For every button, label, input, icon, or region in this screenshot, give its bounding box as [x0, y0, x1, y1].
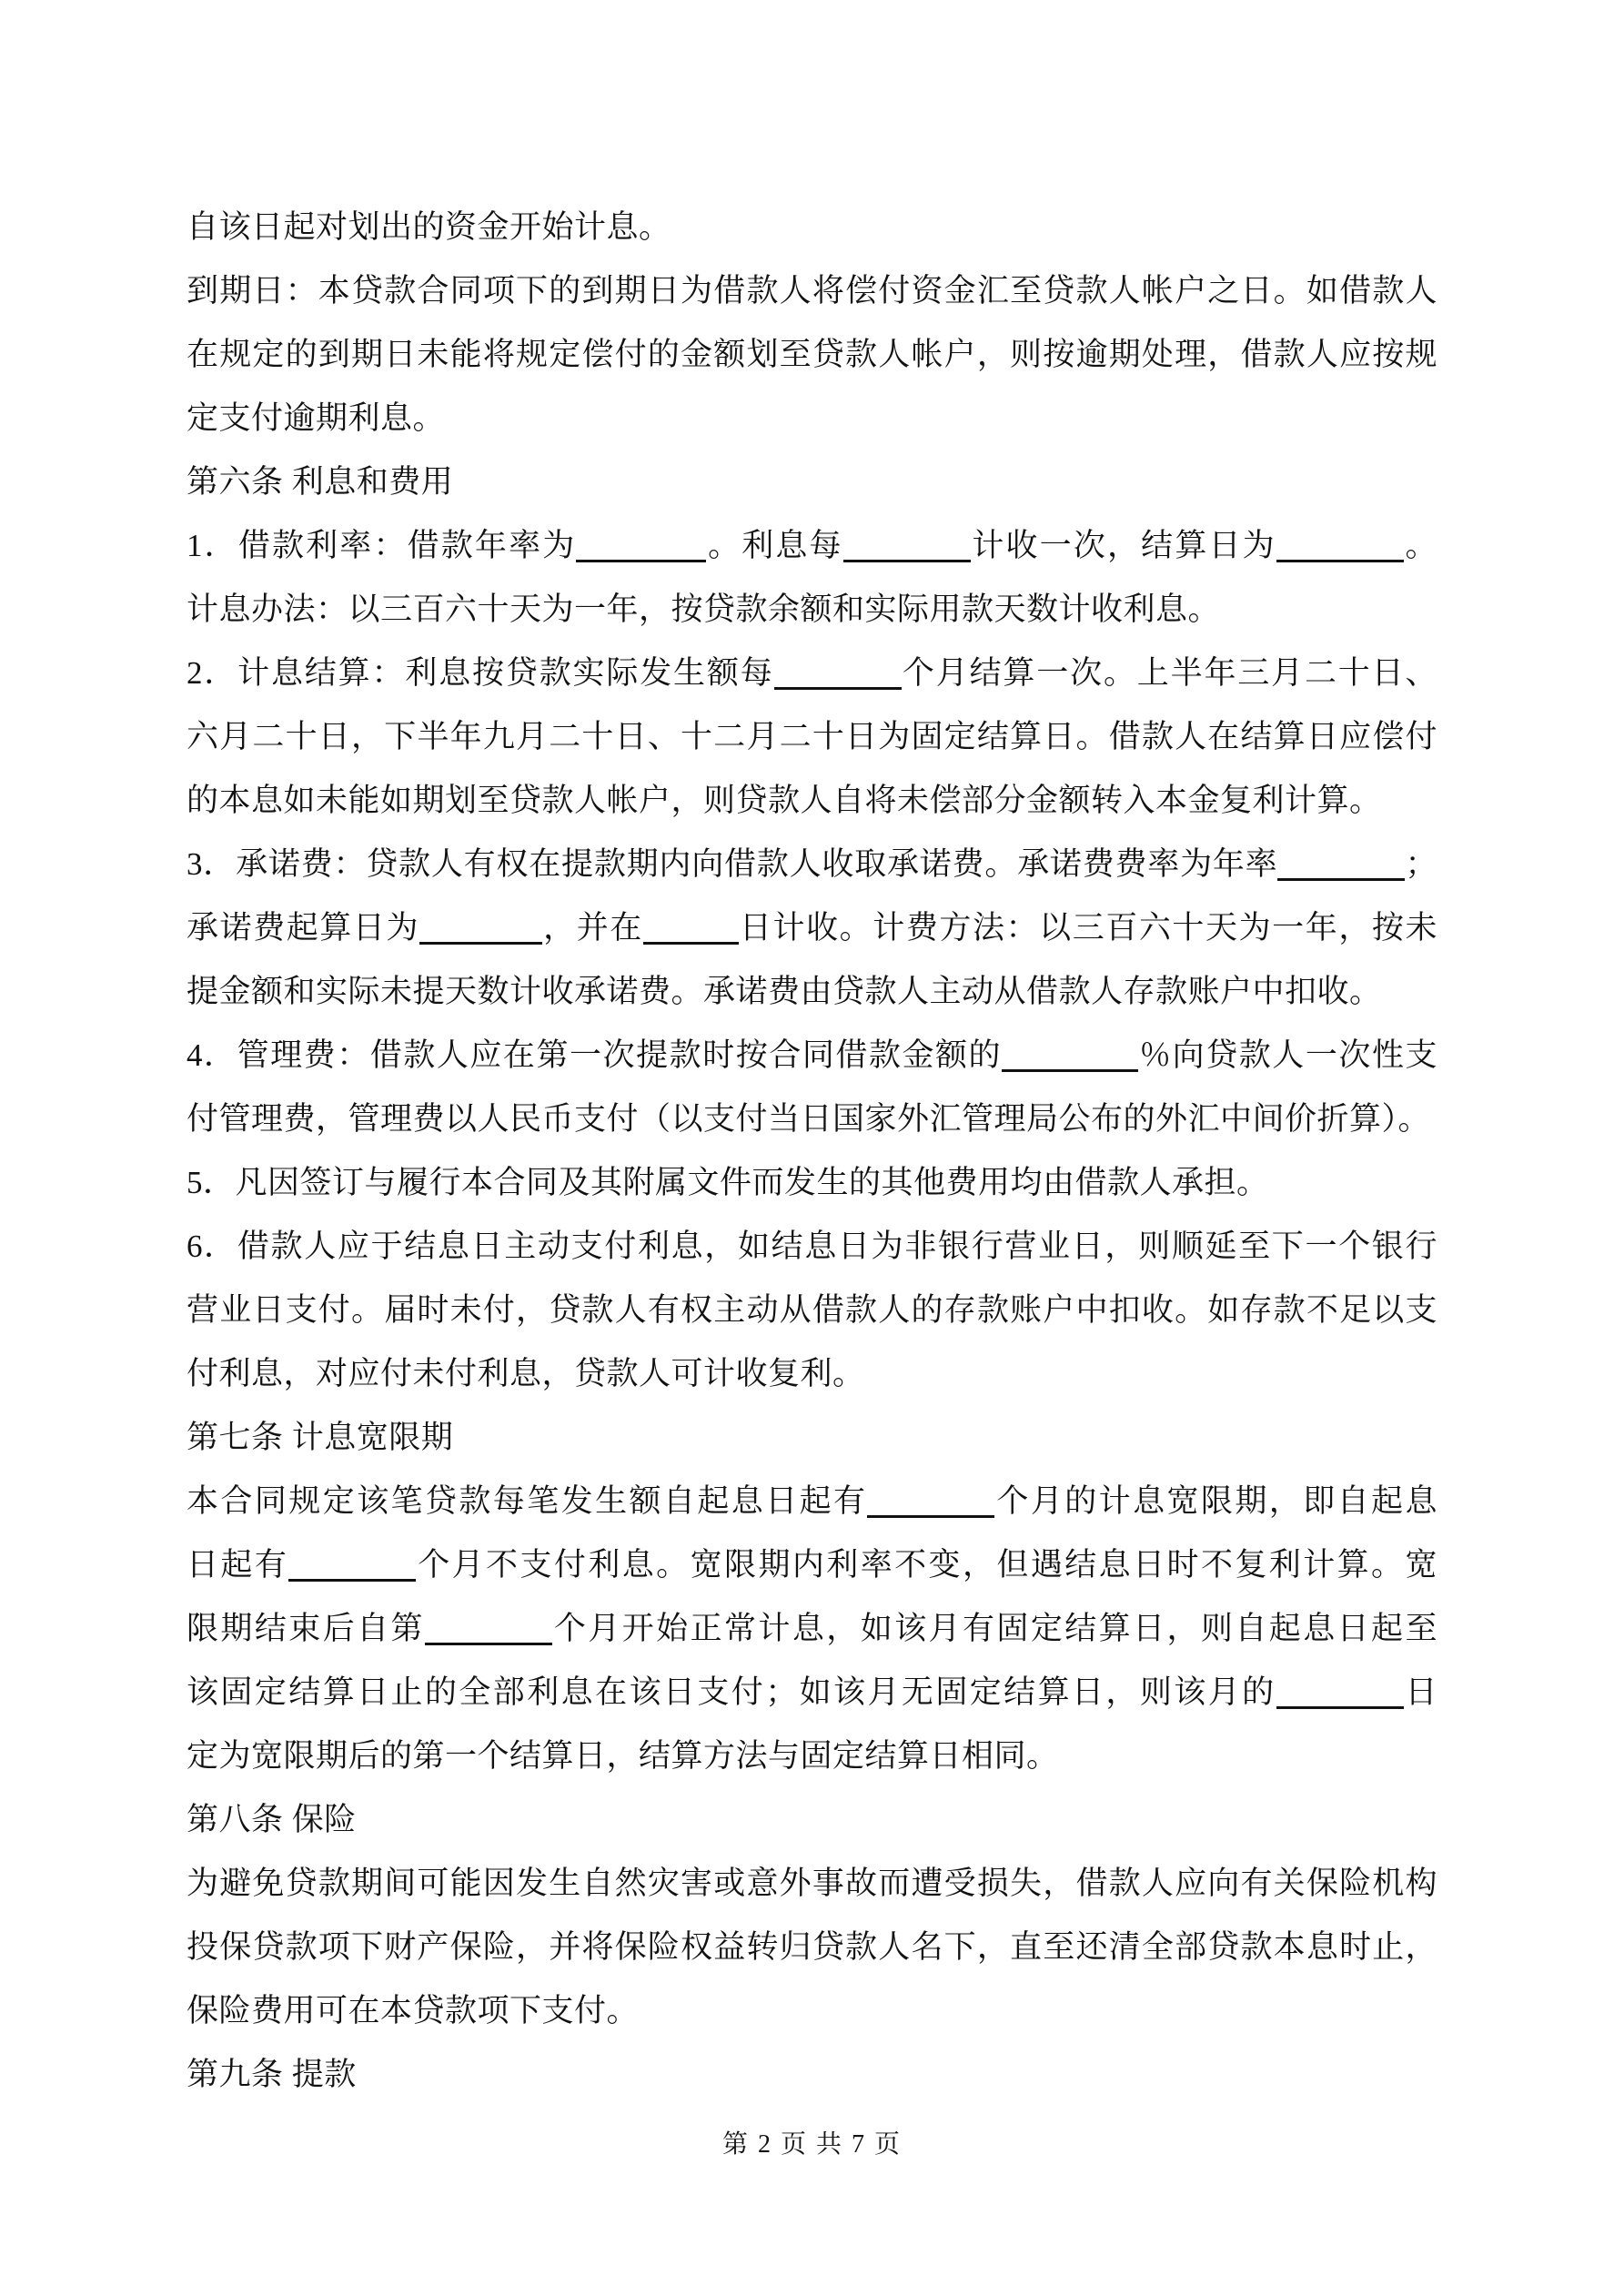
doc-line: 计息办法：以三百六十天为一年，按贷款余额和实际用款天数计收利息。 [187, 578, 1437, 642]
doc-line: 在规定的到期日未能将规定偿付的金额划至贷款人帐户，则按逾期处理，借款人应按规 [187, 323, 1437, 387]
doc-line: 付管理费，管理费以人民币支付（以支付当日国家外汇管理局公布的外汇中间价折算）。 [187, 1087, 1437, 1151]
blank-field [425, 1632, 552, 1645]
doc-line: 限期结束后自第个月开始正常计息，如该月有固定结算日，则自起息日起至 [187, 1597, 1437, 1661]
heading-article-8: 第八条 保险 [187, 1788, 1437, 1852]
doc-line: 提金额和实际未提天数计收承诺费。承诺费由贷款人主动从借款人存款账户中扣收。 [187, 960, 1437, 1024]
doc-line: 的本息如未能如期划至贷款人帐户，则贷款人自将未偿部分金额转入本金复利计算。 [187, 769, 1437, 833]
blank-field [1276, 549, 1404, 562]
doc-line: 保险费用可在本贷款项下支付。 [187, 1979, 1437, 2043]
doc-line: 5．凡因签订与履行本合同及其附属文件而发生的其他费用均由借款人承担。 [187, 1151, 1437, 1215]
blank-field [1276, 1695, 1404, 1709]
blank-field [419, 931, 542, 945]
blank-field [643, 931, 739, 945]
doc-line: 3．承诺费：贷款人有权在提款期内向借款人收取承诺费。承诺费费率为年率； [187, 833, 1437, 896]
doc-line: 自该日起对划出的资金开始计息。 [187, 196, 1437, 259]
page-number-text: 第 2 页 共 7 页 [722, 2130, 902, 2159]
doc-line: 该固定结算日止的全部利息在该日支付；如该月无固定结算日，则该月的日 [187, 1661, 1437, 1725]
blank-field [774, 676, 902, 690]
blank-field [1002, 1058, 1138, 1072]
page-footer: 第 2 页 共 7 页 [0, 2122, 1624, 2168]
doc-line: 4．管理费：借款人应在第一次提款时按合同借款金额的％向贷款人一次性支 [187, 1024, 1437, 1087]
doc-line: 1．借款利率：借款年率为。利息每计收一次，结算日为。 [187, 514, 1437, 578]
doc-line: 2．计息结算：利息按贷款实际发生额每个月结算一次。上半年三月二十日、 [187, 642, 1437, 705]
doc-line: 本合同规定该笔贷款每笔发生额自起息日起有个月的计息宽限期，即自起息 [187, 1470, 1437, 1533]
doc-line: 定为宽限期后的第一个结算日，结算方法与固定结算日相同。 [187, 1725, 1437, 1788]
doc-line: 定支付逾期利息。 [187, 387, 1437, 450]
document-lines: 自该日起对划出的资金开始计息。到期日：本贷款合同项下的到期日为借款人将偿付资金汇… [187, 196, 1437, 2107]
doc-line: 为避免贷款期间可能因发生自然灾害或意外事故而遭受损失，借款人应向有关保险机构 [187, 1852, 1437, 1916]
blank-field [1277, 867, 1405, 881]
doc-line: 付利息，对应付未付利息，贷款人可计收复利。 [187, 1342, 1437, 1406]
heading-article-6: 第六条 利息和费用 [187, 450, 1437, 514]
blank-field [843, 549, 971, 562]
doc-line: 投保贷款项下财产保险，并将保险权益转归贷款人名下，直至还清全部贷款本息时止， [187, 1916, 1437, 1979]
blank-field [288, 1568, 416, 1582]
doc-line: 6．借款人应于结息日主动支付利息，如结息日为非银行营业日，则顺延至下一个银行 [187, 1215, 1437, 1279]
doc-line: 到期日：本贷款合同项下的到期日为借款人将偿付资金汇至贷款人帐户之日。如借款人 [187, 259, 1437, 323]
doc-line: 承诺费起算日为，并在日计收。计费方法：以三百六十天为一年，按未 [187, 896, 1437, 960]
doc-line: 营业日支付。届时未付，贷款人有权主动从借款人的存款账户中扣收。如存款不足以支 [187, 1279, 1437, 1342]
blank-field [867, 1504, 994, 1518]
blank-field [576, 549, 706, 562]
contract-page: 自该日起对划出的资金开始计息。到期日：本贷款合同项下的到期日为借款人将偿付资金汇… [0, 0, 1624, 2296]
heading-article-9: 第九条 提款 [187, 2043, 1437, 2107]
doc-line: 日起有个月不支付利息。宽限期内利率不变，但遇结息日时不复利计算。宽 [187, 1533, 1437, 1597]
heading-article-7: 第七条 计息宽限期 [187, 1406, 1437, 1470]
doc-line: 六月二十日，下半年九月二十日、十二月二十日为固定结算日。借款人在结算日应偿付 [187, 705, 1437, 769]
